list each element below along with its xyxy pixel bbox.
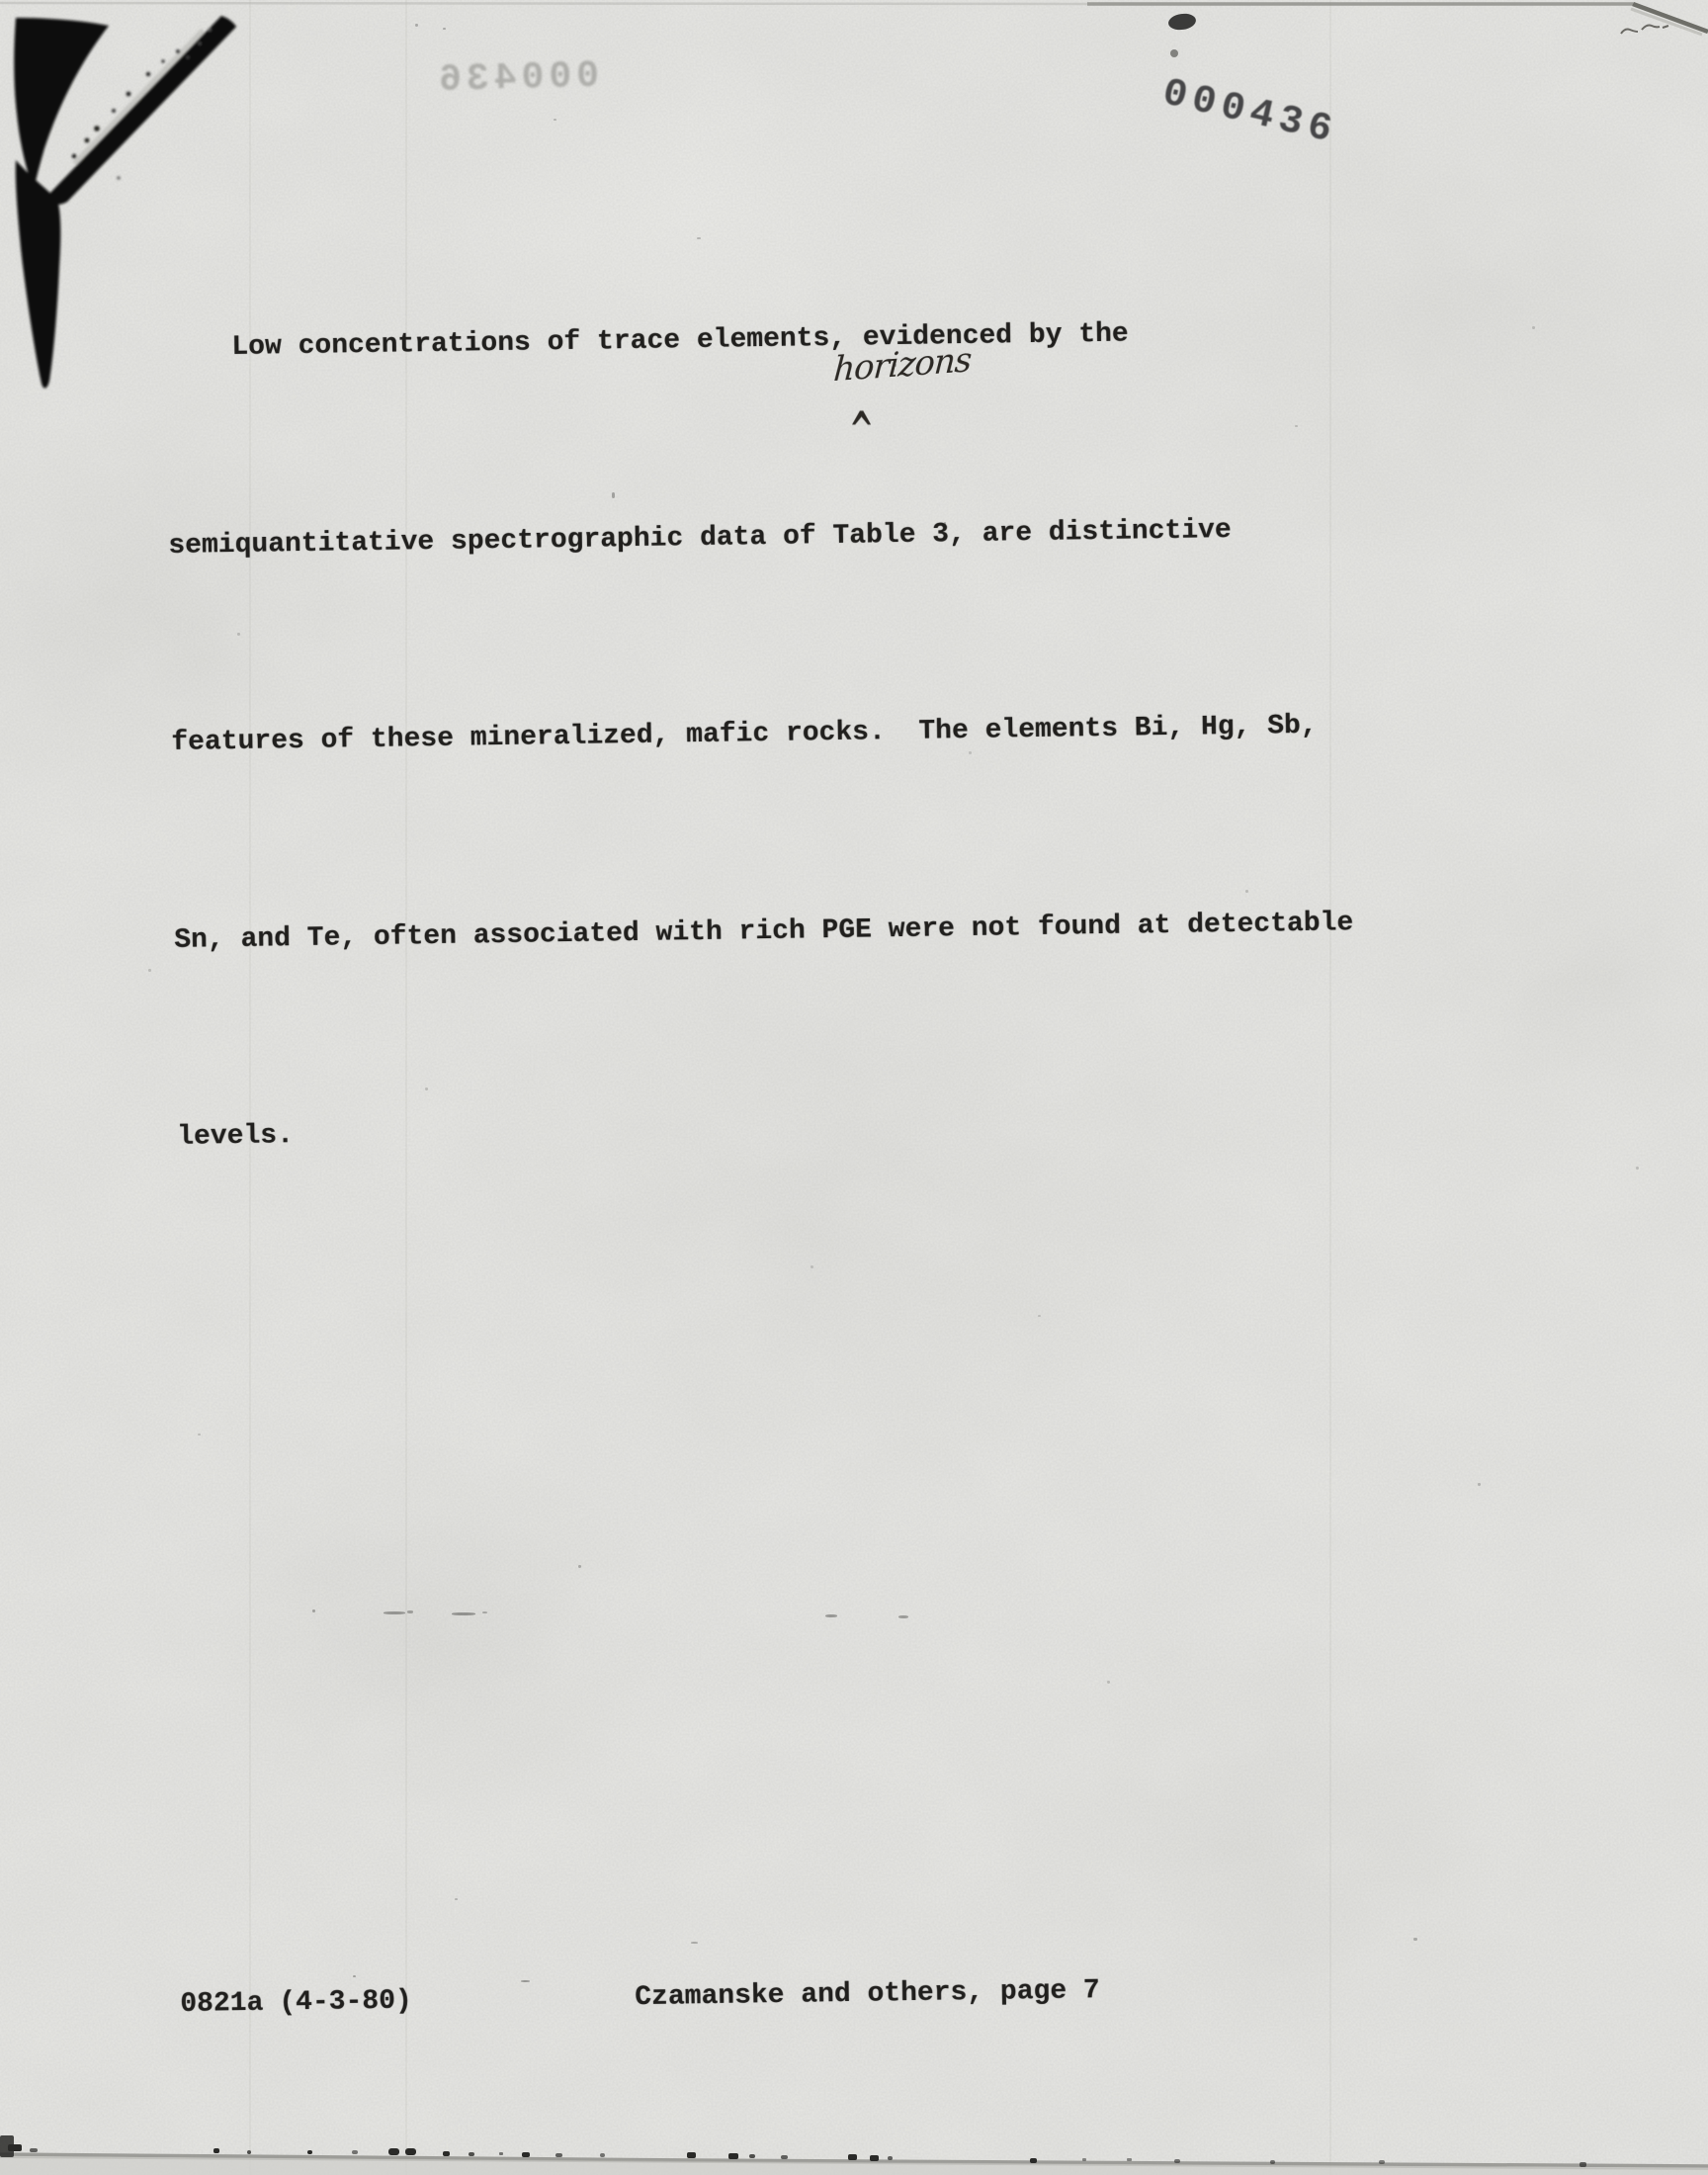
page-top-edge: [0, 0, 1708, 69]
scan-speck: [1295, 425, 1298, 427]
scan-speck: [1107, 1681, 1110, 1684]
scan-speck: [443, 28, 446, 30]
scan-speck: [415, 24, 418, 27]
scan-speck: [148, 969, 151, 972]
scanned-page: 000436 000436 Low concentrations of trac…: [0, 0, 1708, 2175]
insertion-caret-icon: ^: [849, 402, 874, 462]
scan-speck: [407, 1610, 413, 1613]
scan-speck: [578, 1565, 581, 1568]
scan-speck: [353, 1975, 356, 1977]
scan-speck: [1245, 890, 1248, 893]
typed-line: Sn, and Te, often associated with rich P…: [174, 889, 1460, 974]
footer-date: (4-3-80): [279, 1977, 412, 2029]
scan-speck: [1038, 1315, 1041, 1317]
scan-speck: [1413, 1938, 1417, 1941]
ink-smudge: [1167, 12, 1197, 32]
footer-citation: Czamanske and others, page 7: [635, 1966, 1100, 2023]
scan-speck: [455, 1898, 458, 1900]
typed-line: levels.: [177, 1087, 1463, 1172]
page-footer: 0821a (4-3-80) Czamanske and others, pag…: [180, 1964, 1268, 2030]
serial-number-stamp: 000436: [1158, 71, 1342, 154]
typed-line: Low concentrations of trace elements, ev…: [165, 298, 1451, 383]
corner-scribble: [1621, 26, 1668, 35]
scan-speck: [1532, 326, 1535, 329]
scan-speck: [482, 1611, 487, 1613]
scan-speck: [691, 1942, 698, 1944]
mirrored-stamp: 000436: [410, 55, 599, 103]
scan-speck: [969, 751, 972, 754]
page-bottom-edge: [0, 2111, 1708, 2175]
scan-speck: [612, 492, 615, 498]
typed-paragraph: Low concentrations of trace elements, ev…: [163, 166, 1465, 1303]
scan-speck: [452, 1612, 475, 1615]
scan-speck: [895, 364, 897, 367]
scan-speck: [697, 237, 701, 239]
scan-speck: [425, 1087, 428, 1090]
scan-speck: [944, 522, 946, 526]
typed-line: semiquantitative spectrographic data of …: [168, 494, 1454, 579]
footer-doc-id: 0821a: [180, 1979, 264, 2030]
scan-speck: [811, 1265, 813, 1268]
scan-speck: [237, 633, 240, 636]
scan-speck: [554, 119, 556, 121]
typed-line: features of these mineralized, mafic roc…: [171, 692, 1457, 777]
scan-speck: [384, 1611, 405, 1614]
scan-speck: [521, 1980, 530, 1982]
scan-speck: [825, 1614, 837, 1617]
scan-speck: [898, 1615, 908, 1618]
scan-speck: [312, 1609, 315, 1612]
scan-speck: [1478, 1483, 1481, 1486]
scan-speck: [1636, 1167, 1639, 1170]
scan-speck: [198, 1434, 201, 1435]
